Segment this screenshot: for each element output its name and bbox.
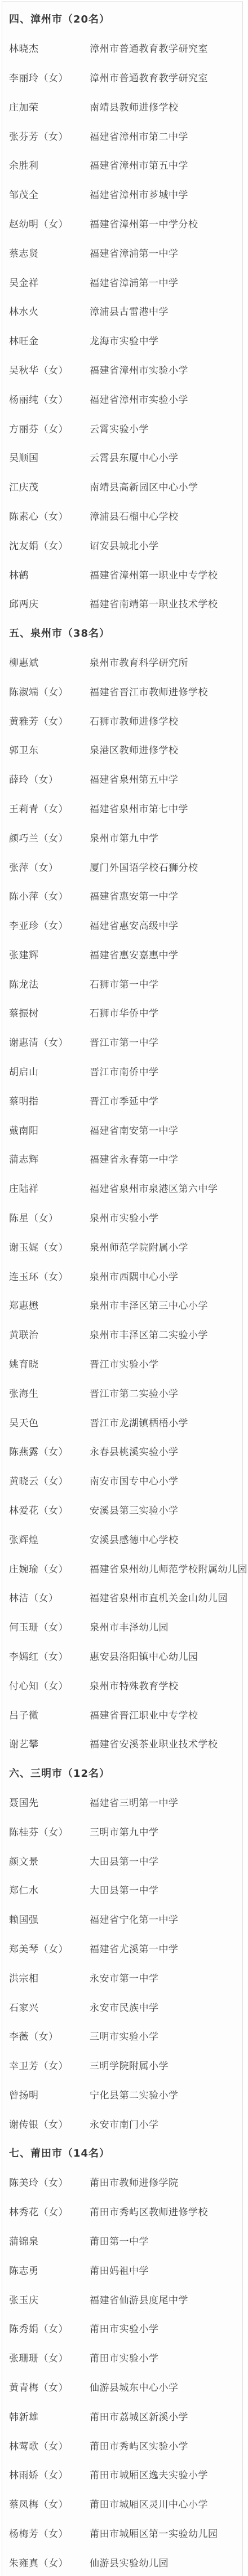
entry-name: 郑美琴（女）	[9, 1941, 90, 1955]
list-row: 赵幼明（女）福建省漳州第一中学分校	[9, 209, 242, 238]
list-row: 谢艺攀福建省安溪茶业职业技术学校	[9, 1729, 242, 1758]
entry-school: 泉州市实验小学	[90, 1210, 242, 1224]
entry-name: 余胜利	[9, 157, 90, 172]
list-row: 吴金祥福建省漳浦第一中学	[9, 267, 242, 296]
entry-name: 蔡凤梅（女）	[9, 2496, 90, 2511]
entry-school: 安溪县感德中心学校	[90, 1532, 242, 1546]
entry-school: 福建省尤溪第一中学	[90, 1941, 242, 1955]
list-row: 郭卫东泉港区教师进修学校	[9, 735, 242, 764]
entry-name: 江庆茂	[9, 479, 90, 493]
entry-name: 林鹤	[9, 567, 90, 581]
entry-name: 蔡志贤	[9, 246, 90, 260]
entry-name: 蒲锦泉	[9, 2233, 90, 2248]
list-row: 庄加荣南靖县教师进修学校	[9, 91, 242, 121]
entry-name: 林莺歌（女）	[9, 2438, 90, 2452]
list-row: 邹茂全福建省漳州市芗城中学	[9, 179, 242, 209]
list-row: 李丽玲（女）漳州市普通教育教学研究室	[9, 63, 242, 92]
list-row: 江庆茂南靖县高新园区中心小学	[9, 472, 242, 501]
entry-name: 张珊珊（女）	[9, 2350, 90, 2364]
entry-name: 张海生	[9, 1386, 90, 1400]
entry-name: 黄晓云（女）	[9, 1473, 90, 1487]
entry-school: 福建省宁化第一中学	[90, 1912, 242, 1926]
list-row: 何玉珊（女）泉州市丰泽幼儿园	[9, 1612, 242, 1641]
list-row: 张珊珊（女）莆田市实验小学	[9, 2343, 242, 2372]
entry-school: 石狮市华侨中学	[90, 1005, 242, 1019]
entry-school: 莆田市城厢区第一实验幼儿园	[90, 2526, 242, 2540]
entry-name: 幸卫芳（女）	[9, 2058, 90, 2072]
list-row: 邱两庆福建省南靖第一职业技术学校	[9, 589, 242, 618]
entry-name: 吴天色	[9, 1415, 90, 1429]
list-row: 李薇（女）三明市实验小学	[9, 2021, 242, 2051]
list-row: 姚育晓晋江市实验小学	[9, 1349, 242, 1378]
entry-name: 黄雅芳（女）	[9, 713, 90, 728]
entry-name: 林水火	[9, 304, 90, 318]
entry-school: 福建省安溪茶业职业技术学校	[90, 1736, 242, 1750]
entry-name: 赵幼明（女）	[9, 216, 90, 230]
entry-school: 莆田市荔城区新溪小学	[90, 2409, 242, 2423]
list-row: 蔡明指晋江市季延中学	[9, 1085, 242, 1115]
entry-school: 诏安县城北小学	[90, 538, 242, 552]
list-row: 庄陆祥福建省泉州市泉港区第六中学	[9, 1173, 242, 1203]
list-row: 吴秋华（女）福建省漳州市实验小学	[9, 355, 242, 384]
list-row: 陈燕露（女）永春县桃溪实验小学	[9, 1436, 242, 1466]
entry-school: 南安市国专中心小学	[90, 1473, 242, 1487]
entry-name: 吴金祥	[9, 275, 90, 289]
entry-name: 陈星（女）	[9, 1210, 90, 1224]
list-row: 林爱花（女）安溪县第三实验小学	[9, 1495, 242, 1524]
entry-school: 仙游县城东中心小学	[90, 2380, 242, 2394]
entry-name: 陈美玲（女）	[9, 2175, 90, 2189]
award-list: 四、漳州市（20名）林晓杰漳州市普通教育教学研究室李丽玲（女）漳州市普通教育教学…	[9, 4, 242, 2576]
entry-school: 泉州市丰泽区第三中心小学	[90, 1298, 242, 1312]
entry-name: 洪宗相	[9, 1970, 90, 1984]
list-row: 林莺歌（女）莆田市秀屿区实验小学	[9, 2430, 242, 2460]
entry-school: 漳州市普通教育教学研究室	[90, 41, 242, 55]
entry-school: 龙海市实验中学	[90, 333, 242, 347]
list-row: 胡启山晋江市南侨中学	[9, 1057, 242, 1086]
document-page: 四、漳州市（20名）林晓杰漳州市普通教育教学研究室李丽玲（女）漳州市普通教育教学…	[2, 1, 243, 2576]
entry-school: 福建省惠安高级中学	[90, 918, 242, 932]
list-row: 蔡志贤福建省漳浦第一中学	[9, 238, 242, 267]
entry-school: 石狮市教师进修学校	[90, 713, 242, 728]
list-row: 李嫣红（女）惠安县洛阳镇中心幼儿园	[9, 1641, 242, 1671]
entry-name: 林晓杰	[9, 41, 90, 55]
entry-school: 厦门外国语学校石狮分校	[90, 860, 242, 874]
entry-name: 戴南阳	[9, 1123, 90, 1137]
entry-name: 林爱花（女）	[9, 1502, 90, 1517]
entry-school: 莆田市城厢区灵川中心小学	[90, 2496, 242, 2511]
entry-name: 黄青梅（女）	[9, 2380, 90, 2394]
list-row: 赖国强福建省宁化第一中学	[9, 1904, 242, 1934]
entry-school: 福建省惠安嘉惠中学	[90, 947, 242, 961]
entry-school: 福建省仙游县度尾中学	[90, 2292, 242, 2306]
list-row: 林鹤福建省漳州第一职业中专学校	[9, 559, 242, 589]
entry-name: 郑惠懋	[9, 1298, 90, 1312]
entry-school: 福建省漳州第一中学分校	[90, 216, 242, 230]
entry-school: 永安市第一中学	[90, 1970, 242, 1984]
entry-name: 陈志勇	[9, 2263, 90, 2277]
list-row: 余胜利福建省漳州市第五中学	[9, 150, 242, 179]
list-row: 柳惠斌泉州市教育科学研究所	[9, 647, 242, 677]
list-row: 李亚珍（女）福建省惠安高级中学	[9, 910, 242, 940]
entry-school: 福建省漳州市实验小学	[90, 392, 242, 406]
entry-school: 三明市实验小学	[90, 2029, 242, 2043]
entry-name: 林雨娇（女）	[9, 2467, 90, 2481]
list-row: 陈素心（女）漳浦县石榴中心学校	[9, 501, 242, 531]
entry-name: 黄联治	[9, 1327, 90, 1341]
entry-school: 晋江市南侨中学	[90, 1064, 242, 1078]
entry-school: 晋江市第一中学	[90, 1035, 242, 1049]
list-row: 陈淑端（女）福建省晋江市教师进修学校	[9, 676, 242, 706]
entry-name: 陈小萍（女）	[9, 888, 90, 903]
list-row: 蔡凤梅（女）莆田市城厢区灵川中心小学	[9, 2489, 242, 2518]
entry-name: 聂国先	[9, 1795, 90, 1809]
entry-school: 永安市南门小学	[90, 2117, 242, 2131]
entry-name: 张玉庆	[9, 2292, 90, 2306]
entry-name: 郑仁水	[9, 1882, 90, 1896]
entry-name: 李薇（女）	[9, 2029, 90, 2043]
entry-name: 张芬芳（女）	[9, 129, 90, 143]
entry-name: 陈淑端（女）	[9, 684, 90, 698]
list-row: 张芬芳（女）福建省漳州市第二中学	[9, 121, 242, 150]
entry-school: 安溪县第三实验小学	[90, 1502, 242, 1517]
entry-name: 曾扬明	[9, 2087, 90, 2101]
entry-school: 永安市民族中学	[90, 2000, 242, 2014]
entry-school: 晋江市实验小学	[90, 1356, 242, 1370]
list-row: 薛玲（女）福建省泉州第五中学	[9, 764, 242, 794]
entry-school: 福建省漳浦第一中学	[90, 246, 242, 260]
list-row: 陈美玲（女）莆田市教师进修学院	[9, 2167, 242, 2197]
entry-school: 云霄实验小学	[90, 421, 242, 435]
entry-school: 南靖县教师进修学校	[90, 99, 242, 113]
list-row: 陈桂芬（女）三明市第九中学	[9, 1816, 242, 1846]
list-row: 黄青梅（女）仙游县城东中心小学	[9, 2372, 242, 2402]
list-row: 吕子微福建省晋江职业中专学校	[9, 1699, 242, 1729]
entry-name: 蔡明指	[9, 1093, 90, 1107]
entry-school: 莆田市教师进修学院	[90, 2175, 242, 2189]
entry-name: 韩新雄	[9, 2409, 90, 2423]
entry-name: 谢艺攀	[9, 1736, 90, 1750]
entry-school: 福建省惠安第一中学	[90, 888, 242, 903]
list-row: 幸卫芳（女）三明学院附属小学	[9, 2051, 242, 2080]
list-row: 庄婉瑜（女）福建省泉州幼儿师范学校附属幼儿园	[9, 1553, 242, 1583]
entry-school: 大田县第一中学	[90, 1854, 242, 1868]
section-header: 六、三明市（12名）	[9, 1758, 242, 1788]
list-row: 曾扬明宁化县第二实验小学	[9, 2080, 242, 2109]
list-row: 王莉青（女）福建省泉州市第七中学	[9, 794, 242, 823]
entry-school: 晋江市季延中学	[90, 1093, 242, 1107]
list-row: 聂国先福建省三明第一中学	[9, 1788, 242, 1817]
entry-school: 仙游县实验幼儿园	[90, 2555, 242, 2569]
list-row: 张萍（女）厦门外国语学校石狮分校	[9, 852, 242, 881]
entry-name: 郭卫东	[9, 742, 90, 756]
entry-name: 陈桂芬（女）	[9, 1824, 90, 1838]
entry-school: 晋江市第二实验小学	[90, 1386, 242, 1400]
entry-name: 薛玲（女）	[9, 772, 90, 786]
list-row: 蔡振树石狮市华侨中学	[9, 998, 242, 1027]
list-row: 林秀花（女）莆田市秀屿区教师进修学校	[9, 2197, 242, 2226]
entry-name: 颜巧兰（女）	[9, 830, 90, 844]
list-row: 蒲锦泉莆田第一中学	[9, 2226, 242, 2255]
list-row: 谢惠清（女）晋江市第一中学	[9, 1027, 242, 1057]
entry-name: 吴顺国	[9, 450, 90, 464]
entry-name: 林秀花（女）	[9, 2204, 90, 2218]
entry-school: 莆田市秀屿区实验小学	[90, 2438, 242, 2452]
entry-school: 福建省永春第一中学	[90, 1151, 242, 1166]
entry-school: 福建省泉州市第七中学	[90, 801, 242, 815]
entry-name: 王莉青（女）	[9, 801, 90, 815]
entry-school: 云霄县东厦中心小学	[90, 450, 242, 464]
entry-school: 泉州师范学院附属小学	[90, 1239, 242, 1254]
list-row: 张玉庆福建省仙游县度尾中学	[9, 2284, 242, 2314]
section-header: 五、泉州市（38名）	[9, 618, 242, 647]
entry-school: 莆田市实验小学	[90, 2321, 242, 2335]
list-row: 石家兴永安市民族中学	[9, 1992, 242, 2021]
entry-name: 庄加荣	[9, 99, 90, 113]
entry-name: 朱雍真（女）	[9, 2555, 90, 2569]
list-row: 陈秀娟（女）莆田市实验小学	[9, 2314, 242, 2343]
entry-school: 惠安县洛阳镇中心幼儿园	[90, 1649, 242, 1663]
list-row: 付心知（女）泉州市特殊教育学校	[9, 1670, 242, 1699]
list-row: 戴南阳福建省南安第一中学	[9, 1115, 242, 1144]
entry-name: 连玉环（女）	[9, 1269, 90, 1283]
entry-name: 陈燕露（女）	[9, 1444, 90, 1458]
list-row: 颜文景大田县第一中学	[9, 1846, 242, 1875]
entry-school: 泉州市教育科学研究所	[90, 655, 242, 669]
entry-name: 邱两庆	[9, 596, 90, 610]
list-row: 林洁（女）福建省泉州市直机关金山幼儿园	[9, 1583, 242, 1612]
entry-school: 福建省晋江职业中专学校	[90, 1707, 242, 1721]
list-row: 沈友娟（女）诏安县城北小学	[9, 530, 242, 559]
entry-school: 莆田第一中学	[90, 2233, 242, 2248]
entry-school: 莆田市秀屿区教师进修学校	[90, 2204, 242, 2218]
list-row: 陈小萍（女）福建省惠安第一中学	[9, 881, 242, 910]
entry-school: 福建省泉州市直机关金山幼儿园	[90, 1590, 242, 1604]
list-row: 颜巧兰（女）泉州市第九中学	[9, 822, 242, 852]
entry-name: 李亚珍（女）	[9, 918, 90, 932]
list-row: 陈志勇莆田妈祖中学	[9, 2255, 242, 2284]
entry-name: 何玉珊（女）	[9, 1619, 90, 1633]
entry-name: 姚育晓	[9, 1356, 90, 1370]
section-header: 四、漳州市（20名）	[9, 4, 242, 33]
list-row: 陈龙法石狮市第一中学	[9, 969, 242, 998]
entry-school: 南靖县高新园区中心小学	[90, 479, 242, 493]
entry-school: 大田县第一中学	[90, 1882, 242, 1896]
entry-school: 福建省三明第一中学	[90, 1795, 242, 1809]
entry-school: 三明市第九中学	[90, 1824, 242, 1838]
entry-school: 福建省南靖第一职业技术学校	[90, 596, 242, 610]
list-row: 洪宗相永安市第一中学	[9, 1962, 242, 1992]
list-row: 朱雍真（女）仙游县实验幼儿园	[9, 2547, 242, 2576]
entry-school: 福建省晋江市教师进修学校	[90, 684, 242, 698]
entry-name: 张辉煌	[9, 1532, 90, 1546]
entry-name: 胡启山	[9, 1064, 90, 1078]
entry-school: 福建省漳州市第五中学	[90, 157, 242, 172]
entry-school: 福建省泉州幼儿师范学校附属幼儿园	[90, 1561, 247, 1575]
entry-school: 漳浦县古雷港中学	[90, 304, 242, 318]
list-row: 韩新雄莆田市荔城区新溪小学	[9, 2401, 242, 2430]
entry-school: 泉州市第九中学	[90, 830, 242, 844]
entry-school: 福建省漳浦第一中学	[90, 275, 242, 289]
list-row: 杨梅芳（女）莆田市城厢区第一实验幼儿园	[9, 2518, 242, 2548]
list-row: 林雨娇（女）莆田市城厢区逸夫实验小学	[9, 2460, 242, 2489]
entry-school: 福建省泉州市泉港区第六中学	[90, 1181, 242, 1195]
entry-name: 颜文景	[9, 1854, 90, 1868]
entry-school: 福建省南安第一中学	[90, 1123, 242, 1137]
list-row: 黄晓云（女）南安市国专中心小学	[9, 1466, 242, 1495]
entry-school: 泉州市丰泽幼儿园	[90, 1619, 242, 1633]
list-row: 张建辉福建省惠安嘉惠中学	[9, 940, 242, 969]
list-row: 林晓杰漳州市普通教育教学研究室	[9, 33, 242, 63]
list-row: 杨丽纯（女）福建省漳州市实验小学	[9, 384, 242, 413]
entry-school: 泉州市西隅中心小学	[90, 1269, 242, 1283]
entry-name: 沈友娟（女）	[9, 538, 90, 552]
list-row: 郑美琴（女）福建省尤溪第一中学	[9, 1934, 242, 1963]
entry-school: 福建省泉州第五中学	[90, 772, 242, 786]
entry-school: 福建省漳州市实验小学	[90, 362, 242, 376]
list-row: 郑仁水大田县第一中学	[9, 1875, 242, 1904]
entry-school: 永春县桃溪实验小学	[90, 1444, 242, 1458]
list-row: 林水火漳浦县古雷港中学	[9, 296, 242, 326]
entry-school: 宁化县第二实验小学	[90, 2087, 242, 2101]
entry-name: 赖国强	[9, 1912, 90, 1926]
entry-name: 陈素心（女）	[9, 509, 90, 523]
entry-school: 莆田市实验小学	[90, 2350, 242, 2364]
list-row: 吴天色晋江市龙湖镇栖梧小学	[9, 1407, 242, 1436]
entry-school: 莆田市城厢区逸夫实验小学	[90, 2467, 242, 2481]
list-row: 郑惠懋泉州市丰泽区第三中心小学	[9, 1290, 242, 1320]
entry-name: 林洁（女）	[9, 1590, 90, 1604]
entry-name: 李丽玲（女）	[9, 70, 90, 84]
list-row: 吴顺国云霄县东厦中心小学	[9, 443, 242, 472]
entry-name: 吴秋华（女）	[9, 362, 90, 376]
entry-name: 庄陆祥	[9, 1181, 90, 1195]
entry-name: 付心知（女）	[9, 1678, 90, 1692]
entry-name: 张萍（女）	[9, 860, 90, 874]
entry-name: 谢传银（女）	[9, 2117, 90, 2131]
entry-name: 谢玉娓（女）	[9, 1239, 90, 1254]
list-row: 方丽芬（女）云霄实验小学	[9, 413, 242, 443]
entry-name: 陈秀娟（女）	[9, 2321, 90, 2335]
entry-school: 福建省漳州第一职业中专学校	[90, 567, 242, 581]
entry-name: 吕子微	[9, 1707, 90, 1721]
entry-school: 福建省漳州市第二中学	[90, 129, 242, 143]
entry-name: 邹茂全	[9, 187, 90, 201]
entry-name: 蔡振树	[9, 1005, 90, 1019]
list-row: 连玉环（女）泉州市西隅中心小学	[9, 1261, 242, 1290]
entry-school: 福建省漳州市芗城中学	[90, 187, 242, 201]
entry-name: 陈龙法	[9, 976, 90, 991]
list-row: 林旺金龙海市实验中学	[9, 326, 242, 355]
entry-school: 泉港区教师进修学校	[90, 742, 242, 756]
entry-school: 泉州市特殊教育学校	[90, 1678, 242, 1692]
list-row: 黄雅芳（女）石狮市教师进修学校	[9, 706, 242, 735]
list-row: 谢传银（女）永安市南门小学	[9, 2109, 242, 2138]
entry-school: 石狮市第一中学	[90, 976, 242, 991]
list-row: 张海生晋江市第二实验小学	[9, 1378, 242, 1407]
entry-school: 漳浦县石榴中心学校	[90, 509, 242, 523]
entry-name: 蒲志辉	[9, 1151, 90, 1166]
entry-name: 谢惠清（女）	[9, 1035, 90, 1049]
list-row: 陈星（女）泉州市实验小学	[9, 1203, 242, 1232]
entry-name: 方丽芬（女）	[9, 421, 90, 435]
entry-name: 张建辉	[9, 947, 90, 961]
entry-name: 李嫣红（女）	[9, 1649, 90, 1663]
entry-school: 晋江市龙湖镇栖梧小学	[90, 1415, 242, 1429]
entry-name: 石家兴	[9, 2000, 90, 2014]
list-row: 张辉煌安溪县感德中心学校	[9, 1524, 242, 1553]
list-row: 黄联治泉州市丰泽区第二实验小学	[9, 1320, 242, 1349]
entry-name: 杨丽纯（女）	[9, 392, 90, 406]
entry-school: 三明学院附属小学	[90, 2058, 242, 2072]
list-row: 蒲志辉福建省永春第一中学	[9, 1144, 242, 1173]
list-row: 谢玉娓（女）泉州师范学院附属小学	[9, 1232, 242, 1261]
entry-name: 林旺金	[9, 333, 90, 347]
entry-name: 庄婉瑜（女）	[9, 1561, 90, 1575]
entry-name: 杨梅芳（女）	[9, 2526, 90, 2540]
entry-name: 柳惠斌	[9, 655, 90, 669]
entry-school: 泉州市丰泽区第二实验小学	[90, 1327, 242, 1341]
entry-school: 漳州市普通教育教学研究室	[90, 70, 242, 84]
section-header: 七、莆田市（14名）	[9, 2138, 242, 2167]
entry-school: 莆田妈祖中学	[90, 2263, 242, 2277]
